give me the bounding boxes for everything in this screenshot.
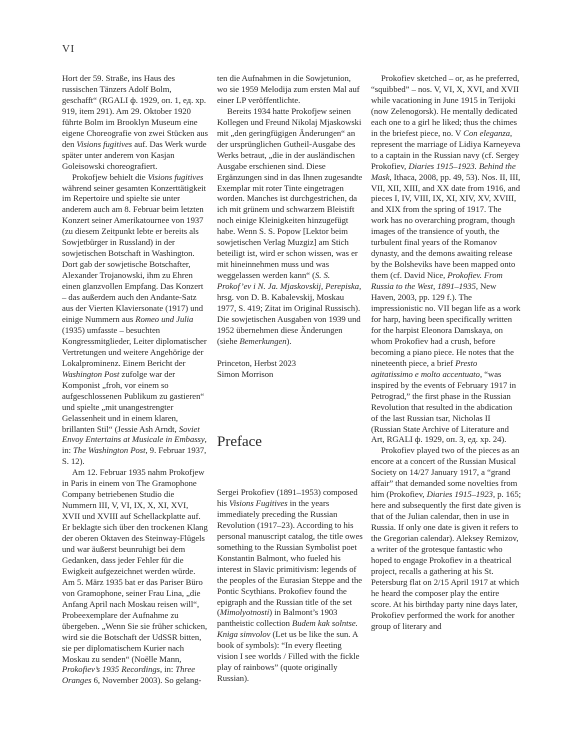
page-number: VI bbox=[62, 43, 75, 55]
german-text-column-1: Hort der 59. Straße, ins Haus des russis… bbox=[62, 73, 208, 686]
paragraph: Prokofiev played two of the pieces as an… bbox=[371, 445, 521, 631]
german-text-column-2: ten die Aufnahmen in die Sowjetunion, wo… bbox=[217, 73, 363, 380]
italic-title: Romeo und Julia bbox=[135, 314, 193, 324]
preface-text-column: Sergei Prokofiev (1891–1953) composed hi… bbox=[217, 487, 363, 684]
text-run: , p. 165; here and subsequently the firs… bbox=[371, 489, 521, 630]
paragraph: Prokofjew behielt die Visions fugitives … bbox=[62, 172, 208, 468]
paragraph: Bereits 1934 hatte Prokofjew seinen Koll… bbox=[217, 106, 363, 347]
text-run: , Ithaca, 2008, pp. 49, 53). Nos. II, II… bbox=[371, 172, 520, 281]
paragraph: ten die Aufnahmen in die Sowjetunion, wo… bbox=[217, 73, 363, 106]
text-run: Am 12. Februar 1935 nahm Prokofjew in Pa… bbox=[62, 467, 208, 663]
italic-title: Con eleganza bbox=[463, 128, 510, 138]
preface-heading: Preface bbox=[217, 433, 262, 451]
signature-author: Simon Morrison bbox=[217, 369, 363, 380]
italic-title: The Washington Post bbox=[73, 445, 145, 455]
paragraph: Prokofiev sketched – or, as he preferred… bbox=[371, 73, 521, 445]
italic-title: Visions Fugitives bbox=[229, 498, 287, 508]
english-text-column: Prokofiev sketched – or, as he preferred… bbox=[371, 73, 521, 632]
text-run: , New Haven, 2003, pp. 129 f.). The impr… bbox=[371, 281, 520, 368]
text-run: Hort der 59. Straße, ins Haus des russis… bbox=[62, 73, 208, 149]
text-run: ). bbox=[287, 336, 292, 346]
text-run: Prokofjew behielt die bbox=[72, 172, 148, 182]
text-run: während seiner gesamten Konzerttätigkeit… bbox=[62, 183, 206, 324]
text-run: (1935) umfasste – besuchten Kongressmitg… bbox=[62, 325, 207, 368]
text-run: , “was inspired by the events of Februar… bbox=[371, 369, 516, 445]
text-run: Bereits 1934 hatte Prokofjew seinen Koll… bbox=[217, 106, 362, 280]
text-run: in the years immediately preceding the R… bbox=[217, 498, 363, 618]
italic-title: Bemerkungen bbox=[240, 336, 287, 346]
italic-title: Diaries 1915–1923 bbox=[427, 489, 493, 499]
paragraph: Am 12. Februar 1935 nahm Prokofjew in Pa… bbox=[62, 467, 208, 686]
italic-title: Washington Post bbox=[62, 369, 119, 379]
italic-title: Mimolyotnosti bbox=[220, 607, 269, 617]
text-run: ten die Aufnahmen in die Sowjetunion, wo… bbox=[217, 73, 360, 105]
italic-title: Prokofiev’s 1935 Recordings bbox=[62, 664, 160, 674]
paragraph: Hort der 59. Straße, ins Haus des russis… bbox=[62, 73, 208, 172]
italic-title: Visions fugitives bbox=[76, 139, 132, 149]
italic-title: Visions fugitives bbox=[148, 172, 204, 182]
signature-place-date: Princeton, Herbst 2023 bbox=[217, 358, 363, 369]
paragraph: Sergei Prokofiev (1891–1953) composed hi… bbox=[217, 487, 363, 684]
text-run: , in: bbox=[160, 664, 175, 674]
text-run: 6, November 2003). So gelang- bbox=[91, 675, 201, 685]
